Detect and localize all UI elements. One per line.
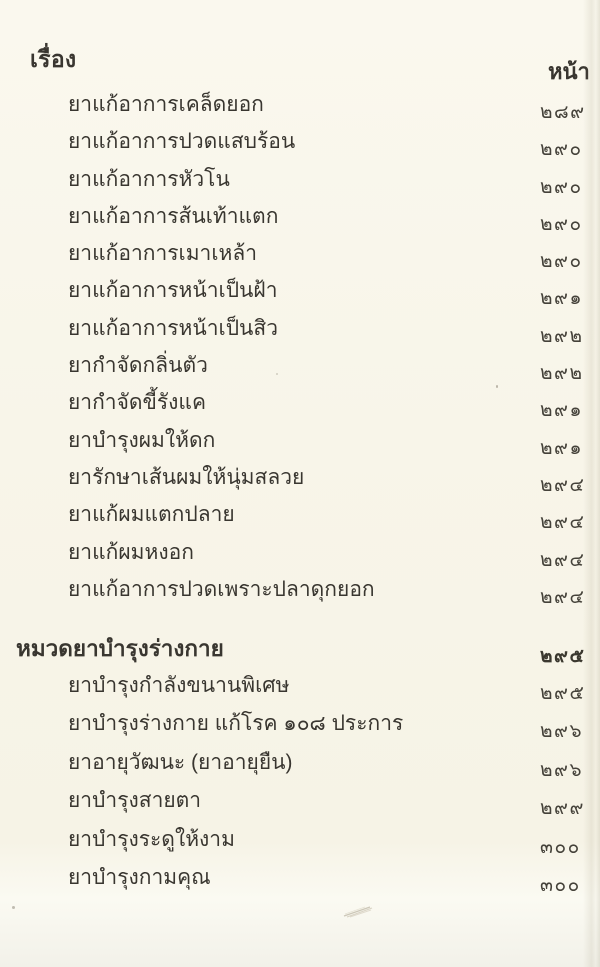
toc-row: ยากำจัดกลิ่นตัว ๒๙๒ [0, 349, 600, 386]
toc-entry-title: ยาบำรุงระดูให้งาม [68, 823, 235, 856]
book-toc-page: เรื่อง หน้า ยาแก้อาการเคล็ดยอก ๒๘๙ ยาแก้… [0, 0, 600, 967]
toc-row: ยาบำรุงสายตา ๒๙๙ [0, 784, 600, 823]
toc-row: ยาบำรุงผมให้ดก ๒๙๑ [0, 424, 600, 461]
toc-entry-title: ยาอายุวัฒนะ (ยาอายุยืน) [68, 746, 293, 779]
toc-entry-title: ยาแก้อาการปวดแสบร้อน [68, 125, 295, 158]
toc-entry-page: ๒๙๖ [540, 716, 583, 746]
toc-section-page: ๒๙๕ [540, 641, 585, 671]
toc-section-title: หมวดยาบำรุงร่างกาย [16, 630, 224, 666]
toc-entry-page: ๓๐๐ [540, 832, 581, 862]
page-column-label: หน้า [548, 54, 590, 89]
toc-entry-page: ๒๙๑ [540, 395, 583, 425]
toc-entry-page: ๓๐๐ [540, 870, 581, 900]
toc-entry-page: ๒๙๐ [540, 209, 583, 239]
toc-entry-page: ๒๘๙ [540, 97, 586, 127]
toc-entry-title: ยาแก้ผมหงอก [68, 536, 194, 569]
toc-entry-page: ๒๙๐ [540, 134, 583, 164]
toc-entry-page: ๒๙๕ [540, 678, 585, 708]
toc-row: ยาแก้อาการเมาเหล้า ๒๙๐ [0, 237, 600, 274]
toc-entry-page: ๒๙๙ [540, 793, 585, 823]
toc-entry-title: ยารักษาเส้นผมให้นุ่มสลวย [68, 461, 304, 494]
toc-entry-page: ๒๙๑ [540, 433, 583, 463]
pencil-smudge-artifact [341, 903, 375, 919]
toc-entry-page: ๒๙๔ [540, 470, 585, 500]
toc-entry-page: ๒๙๒ [540, 358, 583, 388]
toc-row: ยาแก้อาการหัวโน ๒๙๐ [0, 163, 600, 200]
toc-entry-title: ยาแก้อาการเมาเหล้า [68, 237, 257, 270]
toc-row: ยาแก้อาการส้นเท้าแตก ๒๙๐ [0, 200, 600, 237]
toc-row: ยาแก้ผมแตกปลาย ๒๙๔ [0, 498, 600, 535]
toc-entry-title: ยาบำรุงสายตา [68, 784, 201, 817]
toc-entry-page: ๒๙๔ [540, 545, 585, 575]
toc-entry-title: ยาแก้ผมแตกปลาย [68, 498, 235, 531]
toc-entry-page: ๒๙๔ [540, 582, 585, 612]
toc-entry-page: ๒๙๖ [540, 755, 583, 785]
toc-row: ยาแก้อาการเคล็ดยอก ๒๘๙ [0, 88, 600, 125]
toc-section-header-row: หมวดยาบำรุงร่างกาย ๒๙๕ [0, 630, 600, 669]
toc-entry-title: ยาแก้อาการปวดเพราะปลาดุกยอก [68, 573, 375, 606]
toc-entry-page: ๒๙๑ [540, 283, 583, 313]
toc-row: ยาบำรุงกามคุณ ๓๐๐ [0, 861, 600, 900]
toc-list: ยาแก้อาการเคล็ดยอก ๒๘๙ ยาแก้อาการปวดแสบร… [0, 88, 600, 900]
toc-row: ยาแก้อาการปวดแสบร้อน ๒๙๐ [0, 125, 600, 162]
toc-entry-title: ยากำจัดขี้รังแค [68, 386, 206, 419]
scan-speck [12, 906, 15, 909]
toc-entry-title: ยาแก้อาการส้นเท้าแตก [68, 200, 278, 233]
toc-entry-title: ยาบำรุงกำลังขนานพิเศษ [68, 669, 289, 702]
subject-column-label: เรื่อง [30, 42, 76, 78]
toc-row: ยาอายุวัฒนะ (ยาอายุยืน) ๒๙๖ [0, 746, 600, 785]
toc-entry-title: ยาบำรุงผมให้ดก [68, 424, 215, 457]
toc-entry-title: ยากำจัดกลิ่นตัว [68, 349, 208, 382]
toc-entry-page: ๒๙๔ [540, 507, 585, 537]
toc-entry-page: ๒๙๐ [540, 172, 583, 202]
toc-row: ยาบำรุงกำลังขนานพิเศษ ๒๙๕ [0, 669, 600, 708]
toc-row: ยาแก้อาการหน้าเป็นฝ้า ๒๙๑ [0, 274, 600, 311]
toc-row: ยาแก้อาการปวดเพราะปลาดุกยอก ๒๙๔ [0, 573, 600, 610]
toc-entry-page: ๒๙๐ [540, 246, 583, 276]
toc-entry-title: ยาบำรุงร่างกาย แก้โรค ๑๐๘ ประการ [68, 707, 403, 740]
toc-entry-title: ยาบำรุงกามคุณ [68, 861, 211, 894]
toc-row: ยารักษาเส้นผมให้นุ่มสลวย ๒๙๔ [0, 461, 600, 498]
toc-row: ยาแก้อาการหน้าเป็นสิว ๒๙๒ [0, 312, 600, 349]
toc-row: ยากำจัดขี้รังแค ๒๙๑ [0, 386, 600, 423]
toc-entry-title: ยาแก้อาการเคล็ดยอก [68, 88, 264, 121]
toc-entry-title: ยาแก้อาการหัวโน [68, 163, 230, 196]
toc-entry-title: ยาแก้อาการหน้าเป็นฝ้า [68, 274, 278, 307]
section-gap [0, 610, 600, 630]
toc-row: ยาบำรุงระดูให้งาม ๓๐๐ [0, 823, 600, 862]
toc-row: ยาบำรุงร่างกาย แก้โรค ๑๐๘ ประการ ๒๙๖ [0, 707, 600, 746]
toc-entry-title: ยาแก้อาการหน้าเป็นสิว [68, 312, 278, 345]
toc-entry-page: ๒๙๒ [540, 321, 583, 351]
toc-row: ยาแก้ผมหงอก ๒๙๔ [0, 536, 600, 573]
